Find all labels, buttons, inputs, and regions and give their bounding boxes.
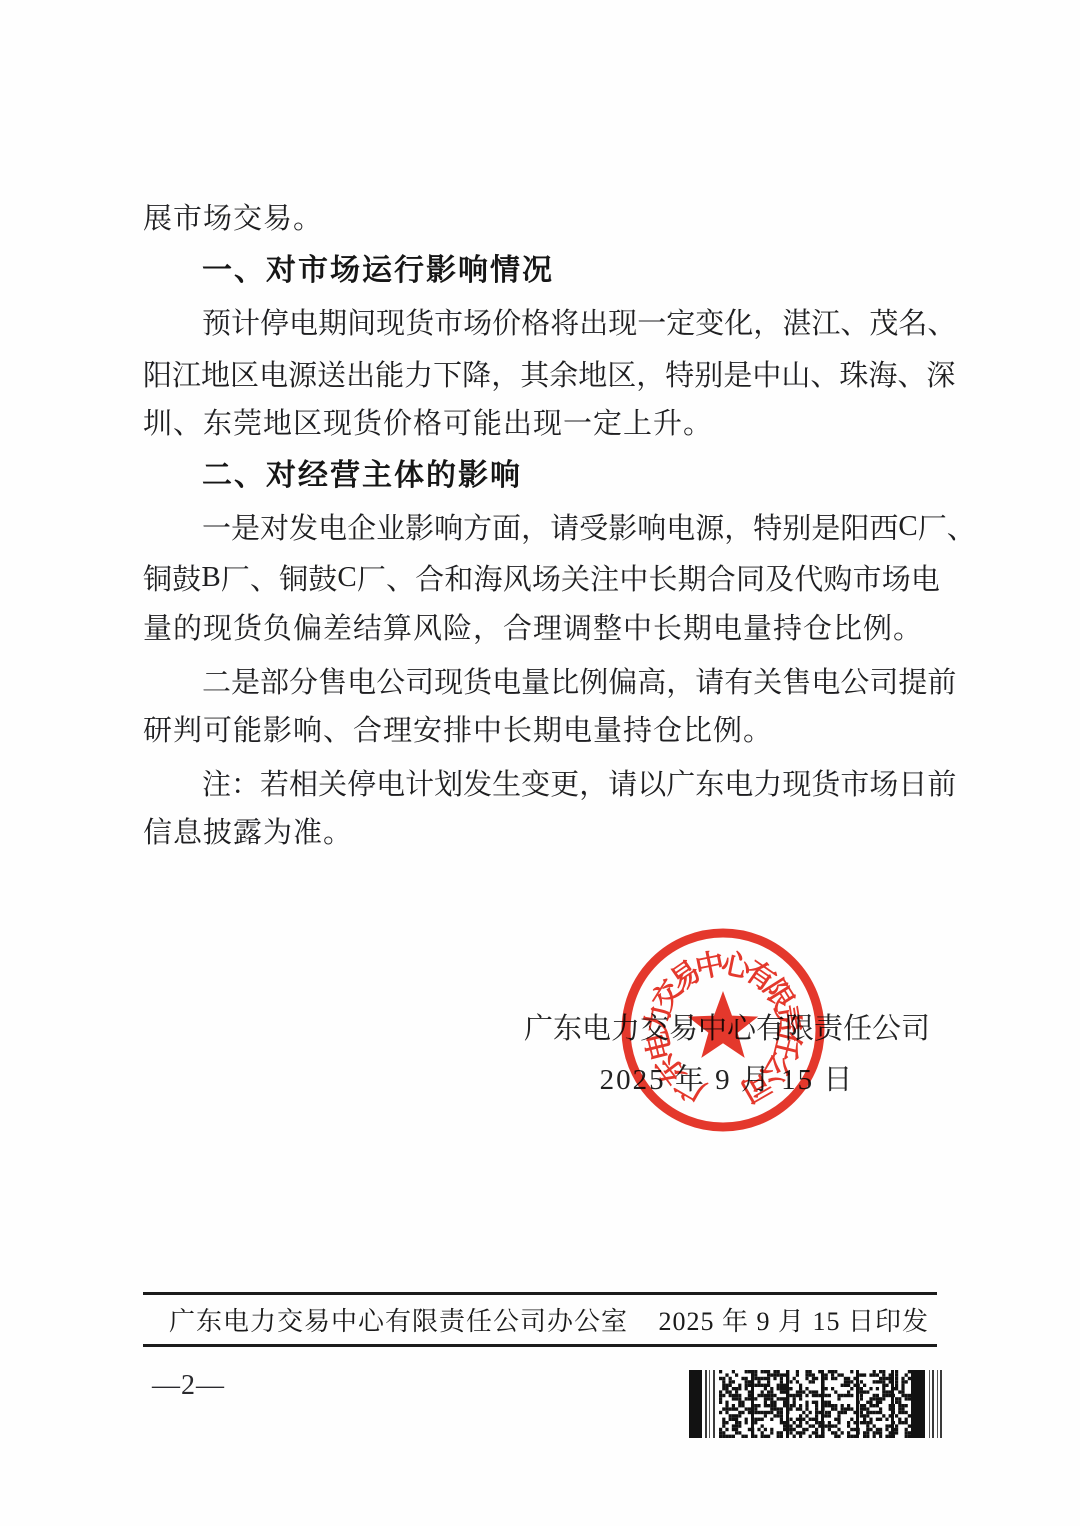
document-page: 展市场交易。一、对市场运行影响情况预计停电期间现货市场价格将出现一定变化，湛江、…	[0, 0, 1080, 1526]
page-number: —2—	[152, 1370, 225, 1402]
footer-rule-bottom	[143, 1344, 937, 1347]
seal-star-icon	[688, 991, 758, 1058]
footer: 广东电力交易中心有限责任公司办公室 2025 年 9 月 15 日印发	[143, 1299, 937, 1339]
body-line: 信息披露为准。	[143, 808, 940, 859]
body-line: 铜鼓B厂、铜鼓C厂、合和海风场关注中长期合同及代购市场电	[143, 552, 940, 603]
body-line: 预计停电期间现货市场价格将出现一定变化，湛江、茂名、	[143, 296, 940, 347]
body-line: 展市场交易。	[143, 194, 940, 245]
body-line: 一是对发电企业影响方面，请受影响电源，特别是阳西C厂、	[143, 501, 940, 552]
body-line: 研判可能影响、合理安排中长期电量持仓比例。	[143, 706, 940, 757]
body-line: 二是部分售电公司现货电量比例偏高，请有关售电公司提前	[143, 655, 940, 706]
body-line: 注：若相关停电计划发生变更，请以广东电力现货市场日前	[143, 757, 940, 808]
section-heading: 一、对市场运行影响情况	[143, 245, 940, 296]
official-seal: 广东电力交易中心有限责任公司	[593, 900, 853, 1160]
footer-issuer: 广东电力交易中心有限责任公司办公室	[169, 1301, 628, 1338]
footer-print-date: 2025 年 9 月 15 日印发	[658, 1301, 929, 1338]
barcode	[689, 1370, 947, 1438]
section-heading: 二、对经营主体的影响	[143, 450, 940, 501]
body-line: 阳江地区电源送出能力下降，其余地区，特别是中山、珠海、深	[143, 348, 940, 399]
body-line: 圳、东莞地区现货价格可能出现一定上升。	[143, 399, 940, 450]
body-text: 展市场交易。一、对市场运行影响情况预计停电期间现货市场价格将出现一定变化，湛江、…	[143, 194, 940, 859]
footer-rule-top	[143, 1292, 937, 1295]
body-line: 量的现货负偏差结算风险，合理调整中长期电量持仓比例。	[143, 604, 940, 655]
